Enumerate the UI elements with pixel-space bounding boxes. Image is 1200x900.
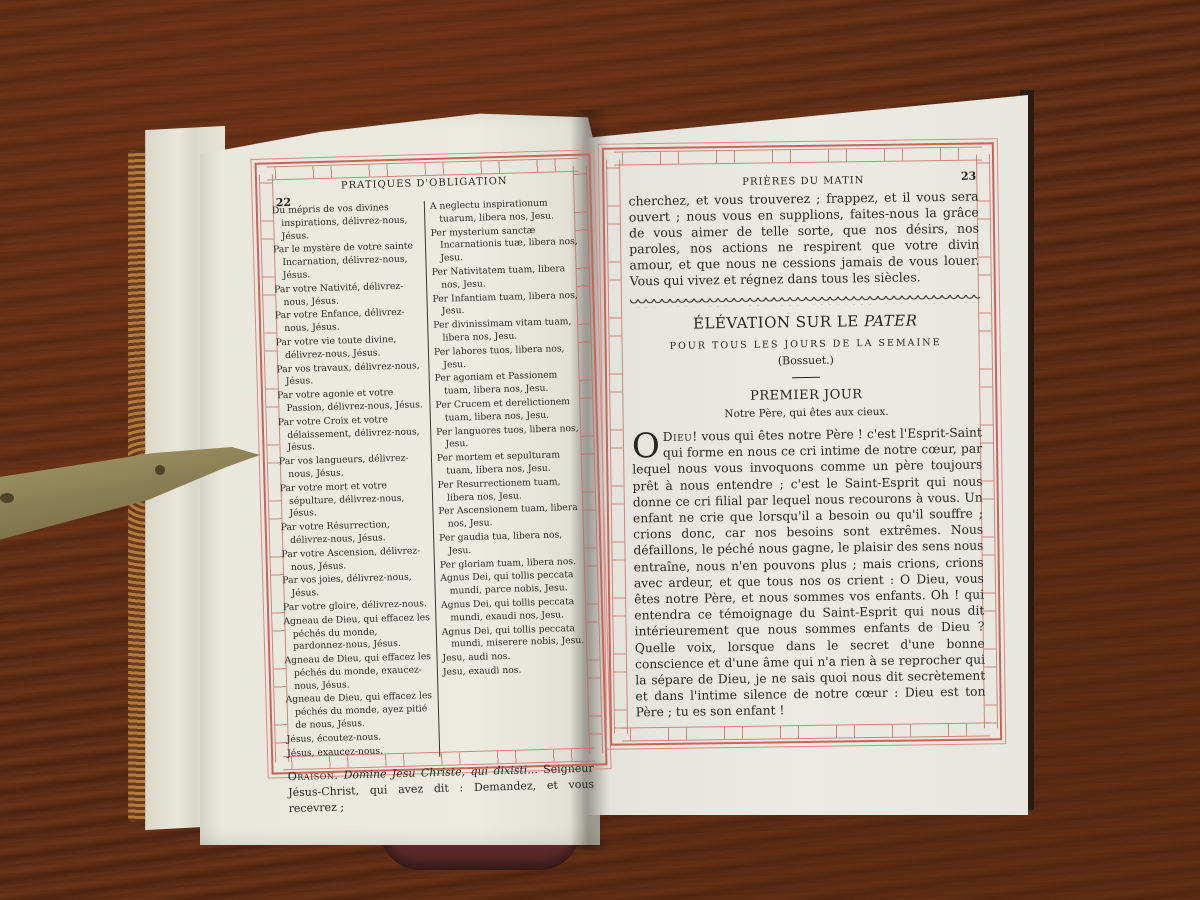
day-title: PREMIER JOUR — [631, 386, 981, 406]
litany-line: Per Resurrectionem tuam, libera nos, Jes… — [438, 475, 587, 505]
french-column: Du mépris de vos divines inspirations, d… — [272, 201, 440, 762]
short-rule — [792, 377, 820, 378]
section-title: ÉLÉVATION SUR LE PATER — [630, 311, 980, 334]
litany-columns: Du mépris de vos divines inspirations, d… — [272, 197, 593, 762]
litany-line: Per languores tuos, libera nos, Jesu. — [436, 422, 585, 452]
section-subtitle: POUR TOUS LES JOURS DE LA SEMAINE — [631, 337, 981, 353]
litany-line: Par votre Ascension, délivrez-nous, Jésu… — [281, 545, 429, 575]
tarnish-spot — [155, 465, 165, 475]
litany-line: Jésus, exaucez-nous. — [287, 744, 434, 761]
first-word: Dieu — [663, 430, 693, 444]
litany-line: Per divinissimam vitam tuam, libera nos,… — [433, 316, 582, 346]
litany-line: Per gaudia tua, libera nos, Jesu. — [439, 529, 588, 559]
section-title-text: ÉLÉVATION SUR LE — [693, 312, 864, 332]
litany-line: Par vos travaux, délivrez-nous, Jésus. — [276, 360, 424, 390]
litany-line: Agnus Dei, qui tollis peccata mundi, exa… — [441, 596, 590, 626]
litany-line: Par votre mort et votre sépulture, déliv… — [280, 479, 428, 521]
litany-line: Par votre Nativité, délivrez-nous, Jésus… — [274, 280, 422, 310]
litany-line: Per mysterium sanctæ Incarnationis tuæ, … — [431, 223, 580, 266]
litany-line: Per Infantiam tuam, libera nos, Jesu. — [432, 289, 581, 319]
litany-line: Du mépris de vos divines inspirations, d… — [272, 201, 420, 243]
section-title-italic: PATER — [864, 311, 918, 330]
page-number: 22 — [276, 196, 292, 209]
right-page-content: 23 PRIÈRES DU MATIN cherchez, et vous tr… — [628, 170, 986, 721]
litany-line: Par votre vie toute divine, délivrez-nou… — [276, 333, 424, 363]
meander-border-top — [614, 146, 982, 165]
running-head: PRIÈRES DU MATIN — [628, 174, 978, 190]
meditation-text: ! vous qui êtes notre Père ! c'est l'Esp… — [632, 426, 985, 720]
drop-cap: O — [632, 431, 660, 461]
litany-line: Agneau de Dieu, qui effacez les péchés d… — [283, 612, 431, 654]
wavy-divider — [630, 295, 980, 308]
continued-prayer: cherchez, et vous trouverez ; frappez, e… — [628, 189, 979, 290]
oraison-label: Oraison. — [288, 769, 339, 783]
meander-border-left — [606, 160, 628, 734]
litany-line: Per mortem et sepulturam tuam, libera no… — [437, 449, 586, 479]
left-page-content: PRATIQUES D'OBLIGATION 22 Du mépris de v… — [271, 174, 595, 818]
litany-line: A neglectu inspirationum tuarum, libera … — [430, 197, 579, 227]
litany-line: Agneau de Dieu, qui effacez les péchés d… — [285, 691, 433, 733]
litany-line: Par vos langueurs, délivrez-nous, Jésus. — [279, 452, 427, 482]
meander-border-bottom — [622, 722, 990, 741]
litany-line: Per Nativitatem tuam, libera nos, Jesu. — [432, 263, 581, 293]
page-number: 23 — [961, 170, 976, 183]
litany-line: Par vos joies, délivrez-nous, Jésus. — [282, 571, 430, 601]
litany-line: Par votre agonie et votre Passion, déliv… — [277, 386, 425, 416]
litany-line: Par le mystère de votre sainte Incarnati… — [273, 241, 421, 283]
litany-line: Agnus Dei, qui tollis peccata mundi, par… — [440, 569, 589, 599]
litany-line: Par votre Enfance, délivrez-nous, Jésus. — [275, 307, 423, 337]
litany-line: Per Ascensionem tuam, libera nos, Jesu. — [438, 502, 587, 532]
litany-line: Jesu, exaudi nos. — [443, 663, 591, 680]
litany-line: Per agoniam et Passionem tuam, libera no… — [435, 369, 584, 399]
litany-line: Per labores tuos, libera nos, Jesu. — [434, 343, 583, 373]
invocation-line: Notre Père, qui êtes aux cieux. — [631, 405, 981, 422]
oraison-paragraph: Oraison. Domine Jesu Christe, qui dixist… — [288, 761, 595, 818]
litany-line: Agnus Dei, qui tollis peccata mundi, mis… — [442, 622, 591, 652]
author-attribution: (Bossuet.) — [631, 352, 981, 370]
tarnish-spot — [0, 493, 14, 503]
litany-line: Agneau de Dieu, qui effacez les péchés d… — [284, 651, 432, 693]
meditation-body: ODieu! vous qui êtes notre Père ! c'est … — [632, 425, 986, 722]
latin-column: A neglectu inspirationum tuarum, libera … — [425, 197, 593, 758]
litany-line: Par votre Croix et votre délaissement, d… — [278, 413, 426, 455]
litany-line: Par votre Résurrection, délivrez-nous, J… — [281, 518, 429, 548]
litany-line: Per Crucem et derelictionem tuam, libera… — [435, 396, 584, 426]
